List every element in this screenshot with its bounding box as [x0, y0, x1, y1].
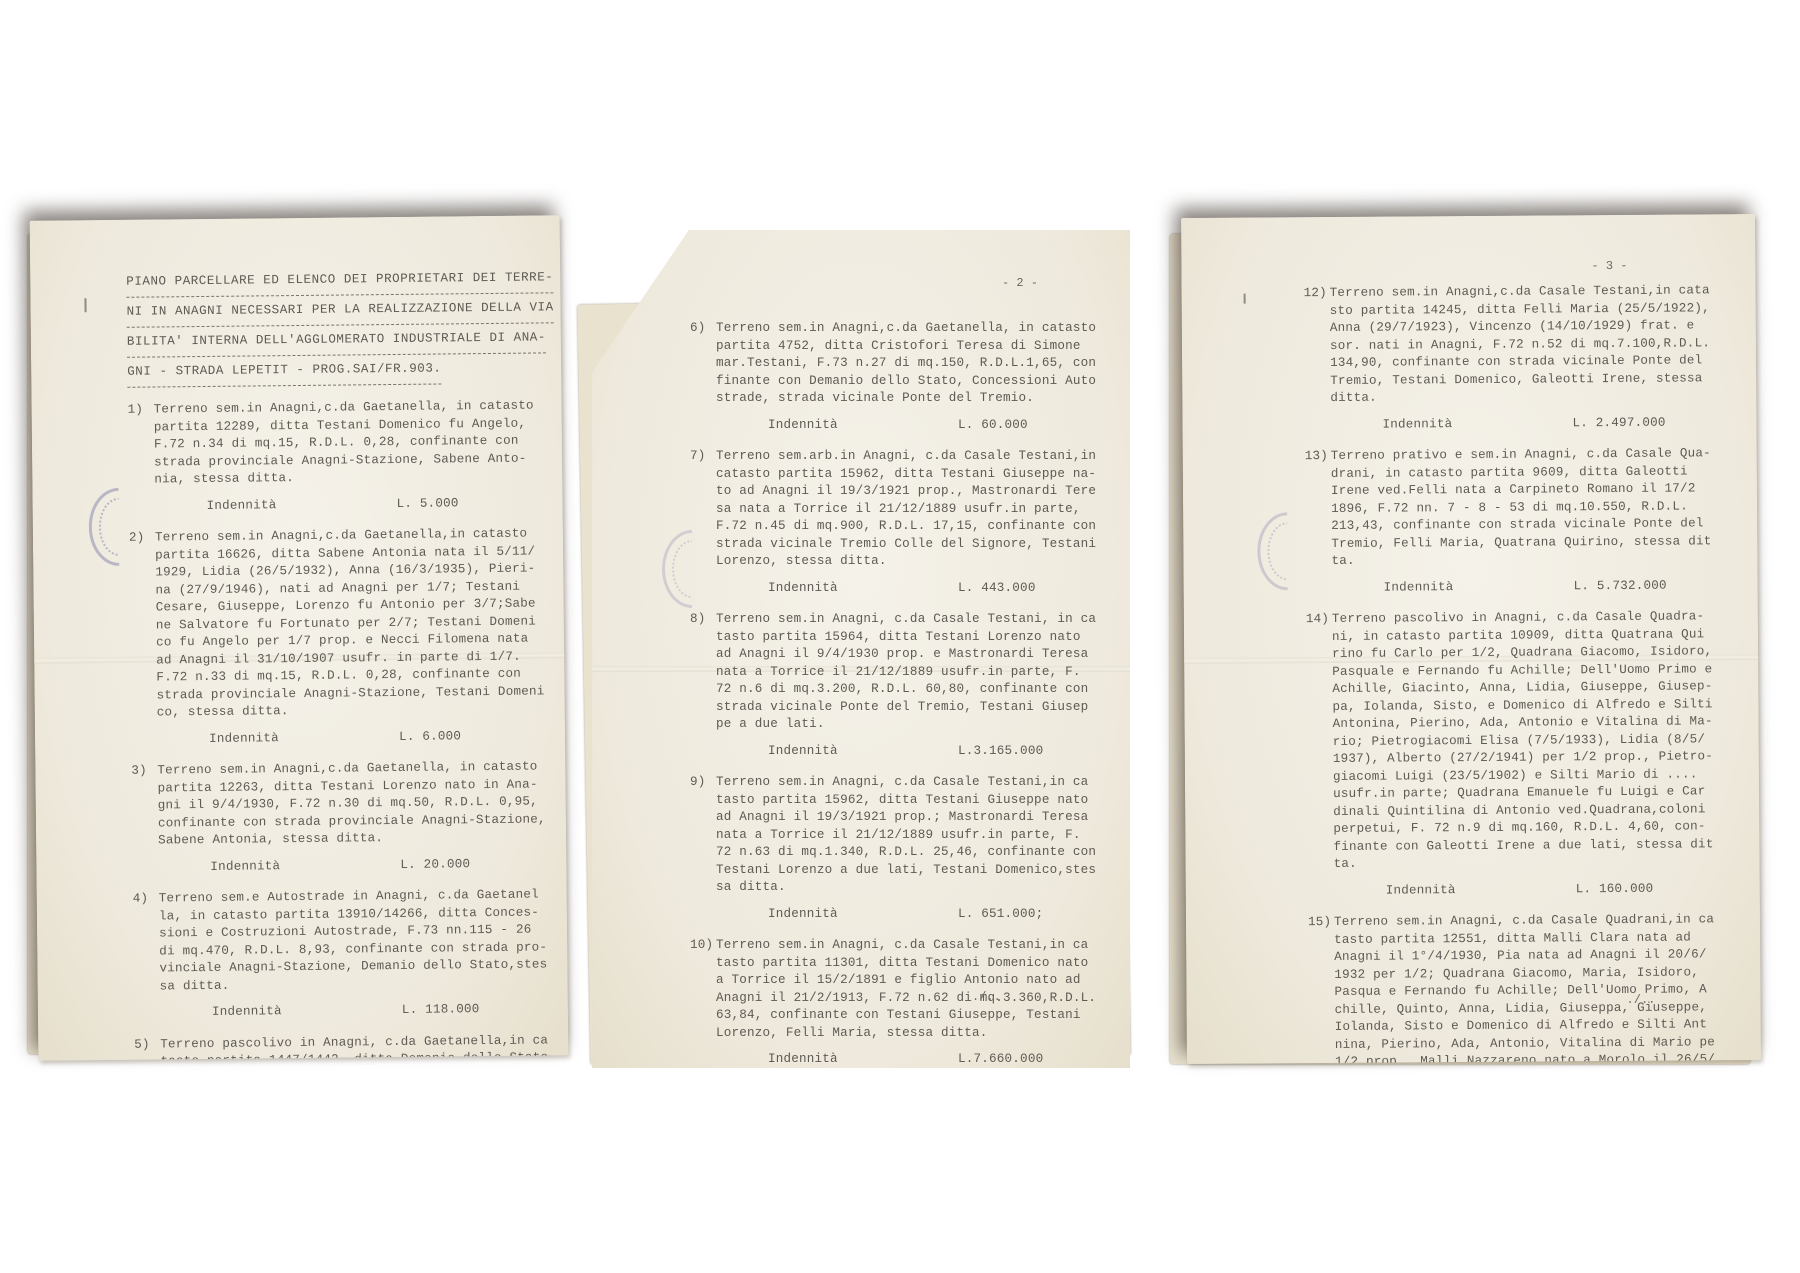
page-sheet: - 2 - 6) Terreno sem.in Anagni,c.da Gaet…	[592, 230, 1130, 1068]
page-number: - 2 -	[1002, 276, 1038, 290]
page-content: PIANO PARCELLARE ED ELENCO DEI PROPRIETA…	[126, 263, 565, 1060]
indemnity-row: IndennitàL. 6.000	[157, 727, 561, 749]
parcel-number: 1)	[128, 402, 144, 420]
parcel-number: 10)	[690, 937, 713, 955]
indemnity-label: Indennità	[157, 728, 399, 748]
indemnity-value: L. 5.000	[397, 495, 459, 513]
parcel-number: 9)	[690, 774, 706, 792]
indemnity-row: IndennitàL. 651.000;	[716, 906, 1126, 924]
indemnity-label: Indennità	[1334, 881, 1576, 900]
parcel-number: 2)	[129, 530, 145, 548]
parcel-item: 5) Terreno pascolivo in Anagni, c.da Gae…	[160, 1032, 565, 1061]
indemnity-row: IndennitàL. 5.000	[155, 494, 559, 516]
parcel-item: 6) Terreno sem.in Anagni,c.da Gaetanella…	[716, 320, 1126, 434]
parcel-description: Terreno sem.arb.in Anagni, c.da Casale T…	[716, 448, 1126, 571]
parcel-description: Terreno sem.in Anagni,c.da Casale Testan…	[1330, 282, 1751, 407]
parcel-description: Terreno sem.in Anagni, c.da Casale Testa…	[716, 937, 1126, 1042]
indemnity-row: IndennitàL. 20.000	[158, 855, 562, 877]
indemnity-label: Indennità	[160, 1002, 402, 1022]
indemnity-value: L. 443.000	[958, 580, 1036, 598]
margin-mark	[84, 298, 86, 312]
parcel-item: 7) Terreno sem.arb.in Anagni, c.da Casal…	[716, 448, 1126, 597]
stamp-seal	[1257, 512, 1318, 590]
parcel-number: 8)	[690, 611, 706, 629]
indemnity-value: L. 5.732.000	[1574, 577, 1667, 595]
parcel-number: 15)	[1308, 914, 1331, 932]
indemnity-label: Indennità	[155, 495, 397, 515]
parcel-description: Terreno prativo e sem.in Anagni, c.da Ca…	[1331, 445, 1752, 570]
parcel-number: 13)	[1305, 448, 1328, 466]
page-number: - 3 -	[1591, 259, 1627, 273]
indemnity-label: Indennità	[716, 417, 958, 435]
indemnity-row: IndennitàL. 60.000	[716, 417, 1126, 435]
indemnity-label: Indennità	[716, 580, 958, 598]
parcel-item: 15) Terreno sem.in Anagni, c.da Casale Q…	[1334, 911, 1756, 1064]
parcel-number: 6)	[690, 320, 706, 338]
parcel-item: 14) Terreno pascolivo in Anagni, c.da Ca…	[1332, 608, 1754, 900]
indemnity-label: Indennità	[158, 856, 400, 876]
parcel-list: 1) Terreno sem.in Anagni,c.da Gaetanella…	[128, 397, 566, 1060]
continuation-mark: ./..	[972, 990, 1001, 1004]
parcel-number: 14)	[1306, 611, 1329, 629]
indemnity-row: IndennitàL.7.660.000	[716, 1051, 1126, 1068]
parcel-description: Terreno sem.e Autostrade in Anagni, c.da…	[159, 886, 564, 995]
parcel-description: Terreno sem.in Anagni, c.da Casale Testa…	[716, 774, 1126, 897]
indemnity-label: Indennità	[1332, 578, 1574, 597]
parcel-description: Terreno sem.in Anagni, c.da Casale Testa…	[716, 611, 1126, 734]
parcel-description: Terreno sem.in Anagni,c.da Gaetanella, i…	[716, 320, 1126, 408]
indemnity-row: IndennitàL. 2.497.000	[1330, 414, 1750, 434]
parcel-item: 3) Terreno sem.in Anagni,c.da Gaetanella…	[157, 758, 562, 876]
indemnity-row: IndennitàL. 118.000	[160, 1000, 564, 1022]
margin-mark	[1244, 294, 1246, 304]
indemnity-label: Indennità	[716, 743, 958, 761]
document-title: PIANO PARCELLARE ED ELENCO DEI PROPRIETA…	[126, 263, 557, 387]
parcel-item: 12) Terreno sem.in Anagni,c.da Casale Te…	[1330, 282, 1751, 434]
page-sheet: - 3 - 12) Terreno sem.in Anagni,c.da Cas…	[1181, 214, 1761, 1064]
parcel-item: 8) Terreno sem.in Anagni, c.da Casale Te…	[716, 611, 1126, 760]
indemnity-value: L. 20.000	[400, 856, 470, 874]
indemnity-value: L. 160.000	[1576, 880, 1654, 898]
indemnity-value: L.3.165.000	[958, 743, 1043, 761]
parcel-item: 10) Terreno sem.in Anagni, c.da Casale T…	[716, 937, 1126, 1068]
indemnity-value: L. 60.000	[958, 417, 1028, 435]
parcel-description: Terreno pascolivo in Anagni, c.da Gaetan…	[160, 1032, 565, 1061]
indemnity-value: L. 6.000	[399, 728, 461, 746]
parcel-description: Terreno sem.in Anagni,c.da Gaetanella, i…	[157, 758, 562, 850]
indemnity-value: L.7.660.000	[958, 1051, 1043, 1068]
document-page-3: - 3 - 12) Terreno sem.in Anagni,c.da Cas…	[1170, 200, 1770, 1070]
indemnity-row: IndennitàL. 160.000	[1334, 880, 1754, 900]
parcel-description: Terreno sem.in Anagni, c.da Casale Quadr…	[1334, 911, 1756, 1064]
continuation-mark: ./..	[1626, 993, 1655, 1007]
parcel-item: 9) Terreno sem.in Anagni, c.da Casale Te…	[716, 774, 1126, 923]
title-line: GNI - STRADA LEPETIT - PROG.SAI/FR.903.	[127, 354, 442, 387]
parcel-description: Terreno sem.in Anagni,c.da Gaetanella, i…	[154, 397, 559, 489]
parcel-number: 12)	[1304, 285, 1327, 303]
title-line: PIANO PARCELLARE ED ELENCO DEI PROPRIETA…	[126, 263, 553, 297]
indemnity-row: IndennitàL. 443.000	[716, 580, 1126, 598]
indemnity-value: L. 118.000	[402, 1001, 480, 1019]
indemnity-label: Indennità	[716, 906, 958, 924]
parcel-number: 3)	[131, 763, 147, 781]
page-sheet: PIANO PARCELLARE ED ELENCO DEI PROPRIETA…	[30, 215, 569, 1061]
indemnity-label: Indennità	[716, 1051, 958, 1068]
parcel-description: Terreno sem.in Anagni,c.da Gaetanella,in…	[155, 525, 561, 722]
indemnity-label: Indennità	[1330, 415, 1572, 434]
indemnity-value: L. 651.000;	[958, 906, 1043, 924]
indemnity-row: IndennitàL.3.165.000	[716, 743, 1126, 761]
page-content: 12) Terreno sem.in Anagni,c.da Casale Te…	[1330, 282, 1756, 1064]
parcel-item: 2) Terreno sem.in Anagni,c.da Gaetanella…	[155, 525, 561, 748]
indemnity-value: L. 2.497.000	[1572, 414, 1665, 432]
document-page-2: - 2 - 6) Terreno sem.in Anagni,c.da Gaet…	[580, 210, 1140, 1070]
parcel-description: Terreno pascolivo in Anagni, c.da Casale…	[1332, 608, 1754, 873]
parcel-item: 1) Terreno sem.in Anagni,c.da Gaetanella…	[154, 397, 559, 515]
page-content: 6) Terreno sem.in Anagni,c.da Gaetanella…	[716, 320, 1126, 1068]
parcel-item: 4) Terreno sem.e Autostrade in Anagni, c…	[159, 886, 564, 1022]
parcel-number: 7)	[690, 448, 706, 466]
indemnity-row: IndennitàL. 5.732.000	[1332, 577, 1752, 597]
stamp-seal	[662, 530, 722, 608]
document-page-1: PIANO PARCELLARE ED ELENCO DEI PROPRIETA…	[28, 210, 568, 1060]
parcel-number: 5)	[134, 1036, 150, 1054]
parcel-number: 4)	[133, 891, 149, 909]
title-line: BILITA' INTERNA DELL'AGGLOMERATO INDUSTR…	[127, 323, 546, 357]
parcel-item: 13) Terreno prativo e sem.in Anagni, c.d…	[1331, 445, 1752, 597]
title-line: NI IN ANAGNI NECESSARI PER LA REALIZZAZI…	[126, 293, 553, 327]
